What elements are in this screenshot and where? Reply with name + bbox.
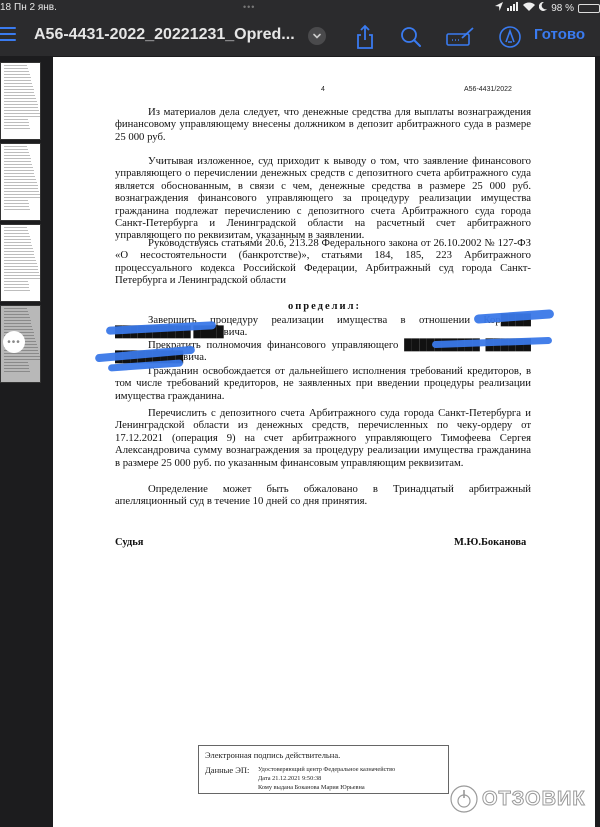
thumbnail-text-line bbox=[4, 125, 29, 126]
thumbnail-text-line bbox=[4, 68, 28, 69]
judge-label: Судья bbox=[115, 537, 143, 548]
page-thumbnails-sidebar: ••• bbox=[0, 56, 46, 827]
thumbnail-text-line bbox=[4, 266, 38, 267]
thumbnail-text-line bbox=[4, 254, 34, 255]
signature-issuer: Удостоверяющий центр Федеральное казначе… bbox=[258, 765, 395, 774]
signature-owner: Кому выдана Боканова Мария Юрьевна bbox=[258, 783, 395, 792]
thumbnail-text-line bbox=[4, 86, 33, 87]
otzovik-logo-icon bbox=[449, 784, 479, 814]
thumbnail-text-line bbox=[4, 80, 31, 81]
paragraph-1: Из материалов дела следует, что денежные… bbox=[115, 106, 531, 143]
battery-percent: 98 % bbox=[551, 3, 574, 14]
search-button[interactable] bbox=[398, 24, 424, 50]
thumbnail-text-line bbox=[4, 158, 31, 159]
thumbnail-text-line bbox=[4, 164, 32, 165]
thumbnail-text-line bbox=[4, 113, 40, 114]
thumbnail-text-line bbox=[4, 272, 39, 273]
thumbnail-text-line bbox=[4, 281, 28, 282]
thumbnail-text-line bbox=[4, 311, 28, 312]
thumbnail-text-line bbox=[4, 176, 35, 177]
thumbnail-text-line bbox=[4, 356, 40, 357]
thumbnail-text-line bbox=[4, 239, 31, 240]
signature-title: Электронная подпись действительна. bbox=[205, 750, 340, 760]
thumbnail-text-line bbox=[4, 317, 30, 318]
battery-icon bbox=[578, 4, 600, 13]
thumbnail-text-line bbox=[4, 353, 39, 354]
thumbnail-text-line bbox=[4, 365, 29, 366]
thumbnail-text-line bbox=[4, 77, 31, 78]
thumbnail-text-line bbox=[4, 95, 35, 96]
watermark-text: ОТЗОВИК bbox=[482, 788, 586, 811]
thumbnail-text-line bbox=[4, 149, 28, 150]
thumbnail-text-line bbox=[4, 284, 29, 285]
signal-icon bbox=[507, 2, 519, 14]
document-title[interactable]: A56-4431-2022_20221231_Opred... bbox=[34, 26, 295, 44]
thumbnail-text-line bbox=[4, 101, 37, 102]
decision-paragraph-3: Гражданин освобождается от дальнейшего и… bbox=[115, 365, 531, 402]
multitasking-dots[interactable]: ••• bbox=[243, 2, 255, 12]
thumbnail-text-line bbox=[4, 245, 32, 246]
decision-heading: определил: bbox=[288, 301, 361, 312]
thumbnail-text-line bbox=[4, 122, 29, 123]
markup-icon bbox=[497, 24, 523, 50]
toolbar: A56-4431-2022_20221231_Opred... Готово bbox=[0, 16, 600, 56]
thumbnail-text-line bbox=[4, 320, 31, 321]
thumbnail-text-line bbox=[4, 83, 32, 84]
thumbnail-text-line bbox=[4, 182, 37, 183]
thumbnail-text-line bbox=[4, 263, 37, 264]
done-button[interactable]: Готово bbox=[534, 26, 585, 43]
thumbnail-text-line bbox=[4, 188, 38, 189]
thumbnail-text-line bbox=[4, 278, 41, 279]
thumbnail-text-line bbox=[4, 185, 38, 186]
thumbnail-text-line bbox=[4, 74, 30, 75]
status-date: Пн 2 янв. bbox=[14, 2, 57, 13]
paragraph-3: Руководствуясь статьями 20.6, 213.28 Фед… bbox=[115, 237, 531, 287]
decision-paragraph-5: Определение может быть обжаловано в Трин… bbox=[115, 483, 531, 508]
signature-details: Удостоверяющий центр Федеральное казначе… bbox=[258, 765, 395, 792]
paragraph-2: Учитывая изложенное, суд приходит к выво… bbox=[115, 155, 531, 242]
thumbnail-text-line bbox=[4, 110, 39, 111]
thumbnail-text-line bbox=[4, 194, 40, 195]
thumbnail-text-line bbox=[4, 197, 41, 198]
thumbnail-text-line bbox=[4, 191, 39, 192]
thumbnail-text-line bbox=[4, 146, 27, 147]
status-time: 18 bbox=[0, 2, 11, 13]
thumbnail-text-line bbox=[4, 329, 33, 330]
thumbnail-text-line bbox=[4, 92, 34, 93]
thumbnail-text-line bbox=[4, 170, 34, 171]
thumbnail-text-line bbox=[4, 323, 31, 324]
thumbnail-text-line bbox=[4, 155, 30, 156]
thumbnail-text-line bbox=[4, 128, 30, 129]
electronic-signature-box: Электронная подпись действительна. Данны… bbox=[198, 745, 449, 794]
wifi-icon bbox=[523, 2, 535, 14]
thumbnail-text-line bbox=[4, 233, 29, 234]
status-indicators: 98 % bbox=[495, 2, 600, 14]
thumbnail-text-line bbox=[4, 227, 27, 228]
thumbnail-text-line bbox=[4, 260, 36, 261]
share-button[interactable] bbox=[352, 24, 378, 50]
thumbnail-text-line bbox=[4, 152, 29, 153]
signature-label: Данные ЭП: bbox=[205, 765, 249, 775]
thumbnail-text-line bbox=[4, 65, 27, 66]
thumbnail-text-line bbox=[4, 179, 36, 180]
thumbnail-text-line bbox=[4, 209, 30, 210]
page-thumbnail-3[interactable] bbox=[0, 224, 41, 302]
thumbnail-text-line bbox=[4, 116, 41, 117]
thumbnail-text-line bbox=[4, 119, 28, 120]
thumbnail-text-line bbox=[4, 287, 29, 288]
thumbnail-text-line bbox=[4, 173, 34, 174]
thumbnail-text-line bbox=[4, 290, 30, 291]
status-bar: 18 Пн 2 янв. ••• 98 % bbox=[0, 0, 600, 16]
thumbnail-text-line bbox=[4, 200, 28, 201]
thumbnail-text-line bbox=[4, 98, 36, 99]
thumbnail-text-line bbox=[4, 371, 30, 372]
thumbnail-text-line bbox=[4, 248, 33, 249]
location-icon bbox=[495, 2, 503, 14]
thumbnail-text-line bbox=[4, 206, 29, 207]
thumbnail-text-line bbox=[4, 71, 29, 72]
page-number: 4 bbox=[321, 86, 325, 93]
thumbnail-text-line bbox=[4, 251, 34, 252]
thumbnail-text-line bbox=[4, 359, 41, 360]
thumbnail-text-line bbox=[4, 107, 38, 108]
thumbnail-text-line bbox=[4, 236, 30, 237]
moon-icon bbox=[539, 2, 547, 14]
markup-button[interactable] bbox=[497, 24, 523, 50]
page-thumbnail-1[interactable] bbox=[0, 62, 41, 140]
case-number: А56-4431/2022 bbox=[464, 86, 512, 93]
thumbnail-text-line bbox=[4, 242, 31, 243]
thumbnail-text-line bbox=[4, 203, 29, 204]
share-icon bbox=[352, 24, 378, 50]
thumbnail-text-line bbox=[4, 161, 31, 162]
signature-icon bbox=[445, 24, 475, 50]
thumbnail-text-line bbox=[4, 269, 38, 270]
thumbnail-text-line bbox=[4, 326, 32, 327]
thumbnail-text-line bbox=[4, 257, 35, 258]
title-menu-button[interactable] bbox=[308, 27, 326, 45]
thumbnail-text-line bbox=[4, 104, 38, 105]
thumbnail-text-line bbox=[4, 368, 29, 369]
thumbnail-text-line bbox=[4, 314, 29, 315]
decision-paragraph-4: Перечислить с депозитного счета Арбитраж… bbox=[115, 407, 531, 469]
thumbnail-text-line bbox=[4, 275, 40, 276]
chevron-down-icon bbox=[312, 31, 322, 41]
thumbnail-text-line bbox=[4, 167, 33, 168]
more-options-button[interactable]: ••• bbox=[3, 331, 25, 353]
signature-button[interactable] bbox=[445, 24, 475, 50]
menu-icon[interactable] bbox=[0, 27, 16, 43]
thumbnail-text-line bbox=[4, 308, 27, 309]
thumbnail-text-line bbox=[4, 230, 28, 231]
thumbnail-text-line bbox=[4, 89, 34, 90]
search-icon bbox=[398, 24, 424, 50]
thumbnail-text-line bbox=[4, 362, 28, 363]
signature-date: Дата 21.12.2021 9:50:38 bbox=[258, 774, 395, 783]
watermark: ОТЗОВИК bbox=[449, 784, 586, 814]
judge-name: М.Ю.Боканова bbox=[454, 537, 526, 548]
page-thumbnail-2[interactable] bbox=[0, 143, 41, 221]
